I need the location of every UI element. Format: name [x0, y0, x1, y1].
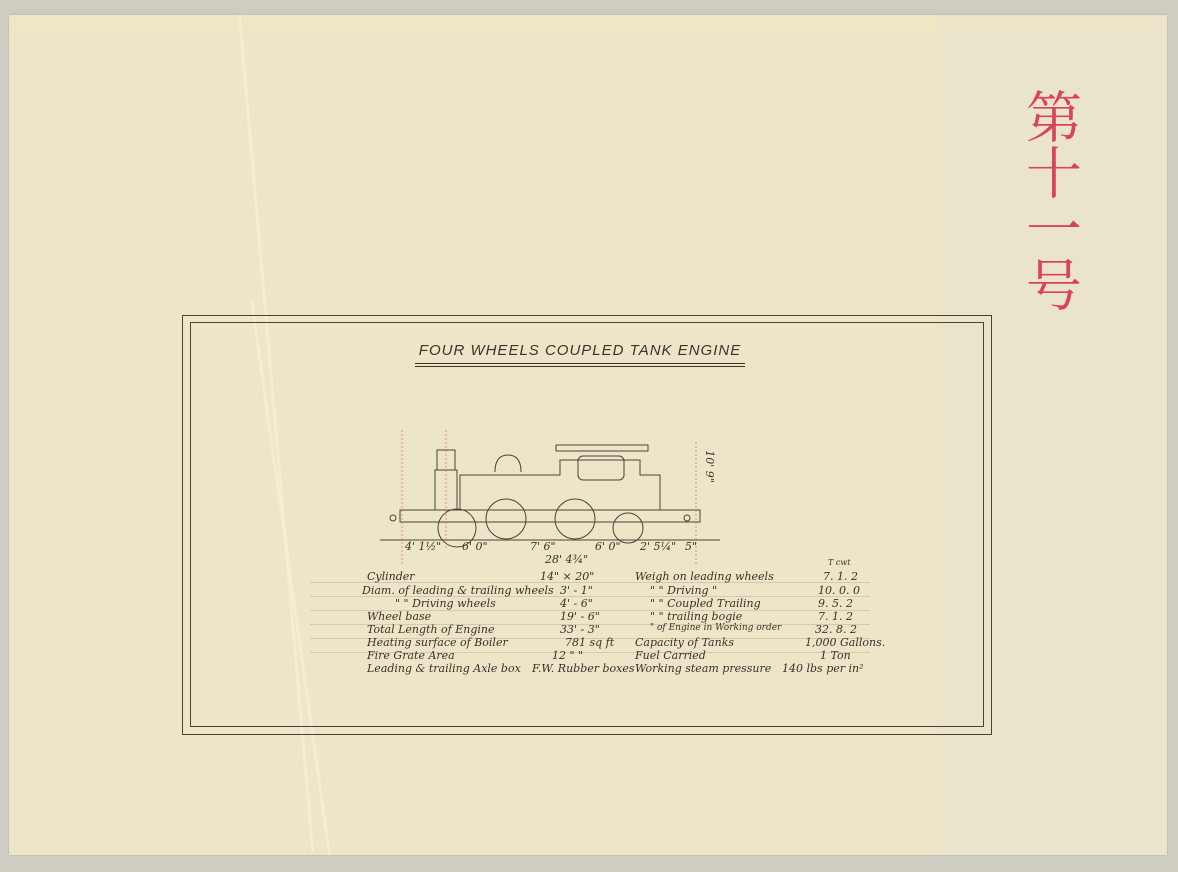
dim-label: 2' 5¼" — [640, 540, 676, 553]
overall-length-label: 28' 4¾" — [545, 553, 588, 566]
dim-label: 10' 9" — [703, 450, 716, 483]
drawing-title: FOUR WHEELS COUPLED TANK ENGINE — [400, 342, 760, 359]
spec-value: F.W. Rubber boxes — [532, 662, 635, 675]
spec-value: 7. 1. 2 — [818, 610, 853, 623]
dim-label: 5" — [685, 540, 697, 553]
spec-label: Diam. of leading & trailing wheels — [362, 584, 554, 597]
spec-value: 3' - 1" — [560, 584, 593, 597]
spec-value: 7. 1. 2 — [823, 570, 858, 583]
dim-label: 4' 1½" — [405, 540, 441, 553]
spec-value: 1 Ton — [820, 649, 851, 662]
spec-label: Weigh on leading wheels — [635, 570, 774, 583]
spec-value: 781 sq ft — [565, 636, 614, 649]
spec-label: Working steam pressure — [635, 662, 771, 675]
spec-value: 14" × 20" — [540, 570, 594, 583]
weight-units: T cwt — [828, 558, 850, 567]
spec-label: Cylinder — [367, 570, 415, 583]
spec-label: Fire Grate Area — [367, 649, 455, 662]
spec-value: 19' - 6" — [560, 610, 600, 623]
spec-label: Heating surface of Boiler — [367, 636, 508, 649]
spec-value: 12 " " — [552, 649, 583, 662]
dim-label: 7' 6" — [530, 540, 556, 553]
spec-label: Capacity of Tanks — [635, 636, 734, 649]
spec-value: 4' - 6" — [560, 597, 593, 610]
spec-label: Leading & trailing Axle box — [367, 662, 521, 675]
spec-value: 33' - 3" — [560, 623, 600, 636]
spec-label: " of Engine in Working order — [650, 623, 781, 633]
dim-label: 6' 0" — [595, 540, 621, 553]
spec-value: 32. 8. 2 — [815, 623, 857, 636]
spec-label: " " Driving " — [650, 584, 717, 597]
spec-value: 9. 5. 2 — [818, 597, 853, 610]
spec-value: 140 lbs per in² — [782, 662, 864, 675]
dim-label: 6' 0" — [462, 540, 488, 553]
spec-label: Total Length of Engine — [367, 623, 495, 636]
title-underline — [415, 363, 745, 367]
spec-label: " " Driving wheels — [395, 597, 496, 610]
spec-value: 1,000 Gallons. — [805, 636, 885, 649]
spec-label: Wheel base — [367, 610, 431, 623]
spec-value: 10. 0. 0 — [818, 584, 860, 597]
spec-label: Fuel Carried — [635, 649, 706, 662]
spec-label: " " Coupled Trailing — [650, 597, 761, 610]
spec-label: " " trailing bogie — [650, 610, 742, 623]
red-annotation: 第十一号 — [1010, 88, 1080, 312]
